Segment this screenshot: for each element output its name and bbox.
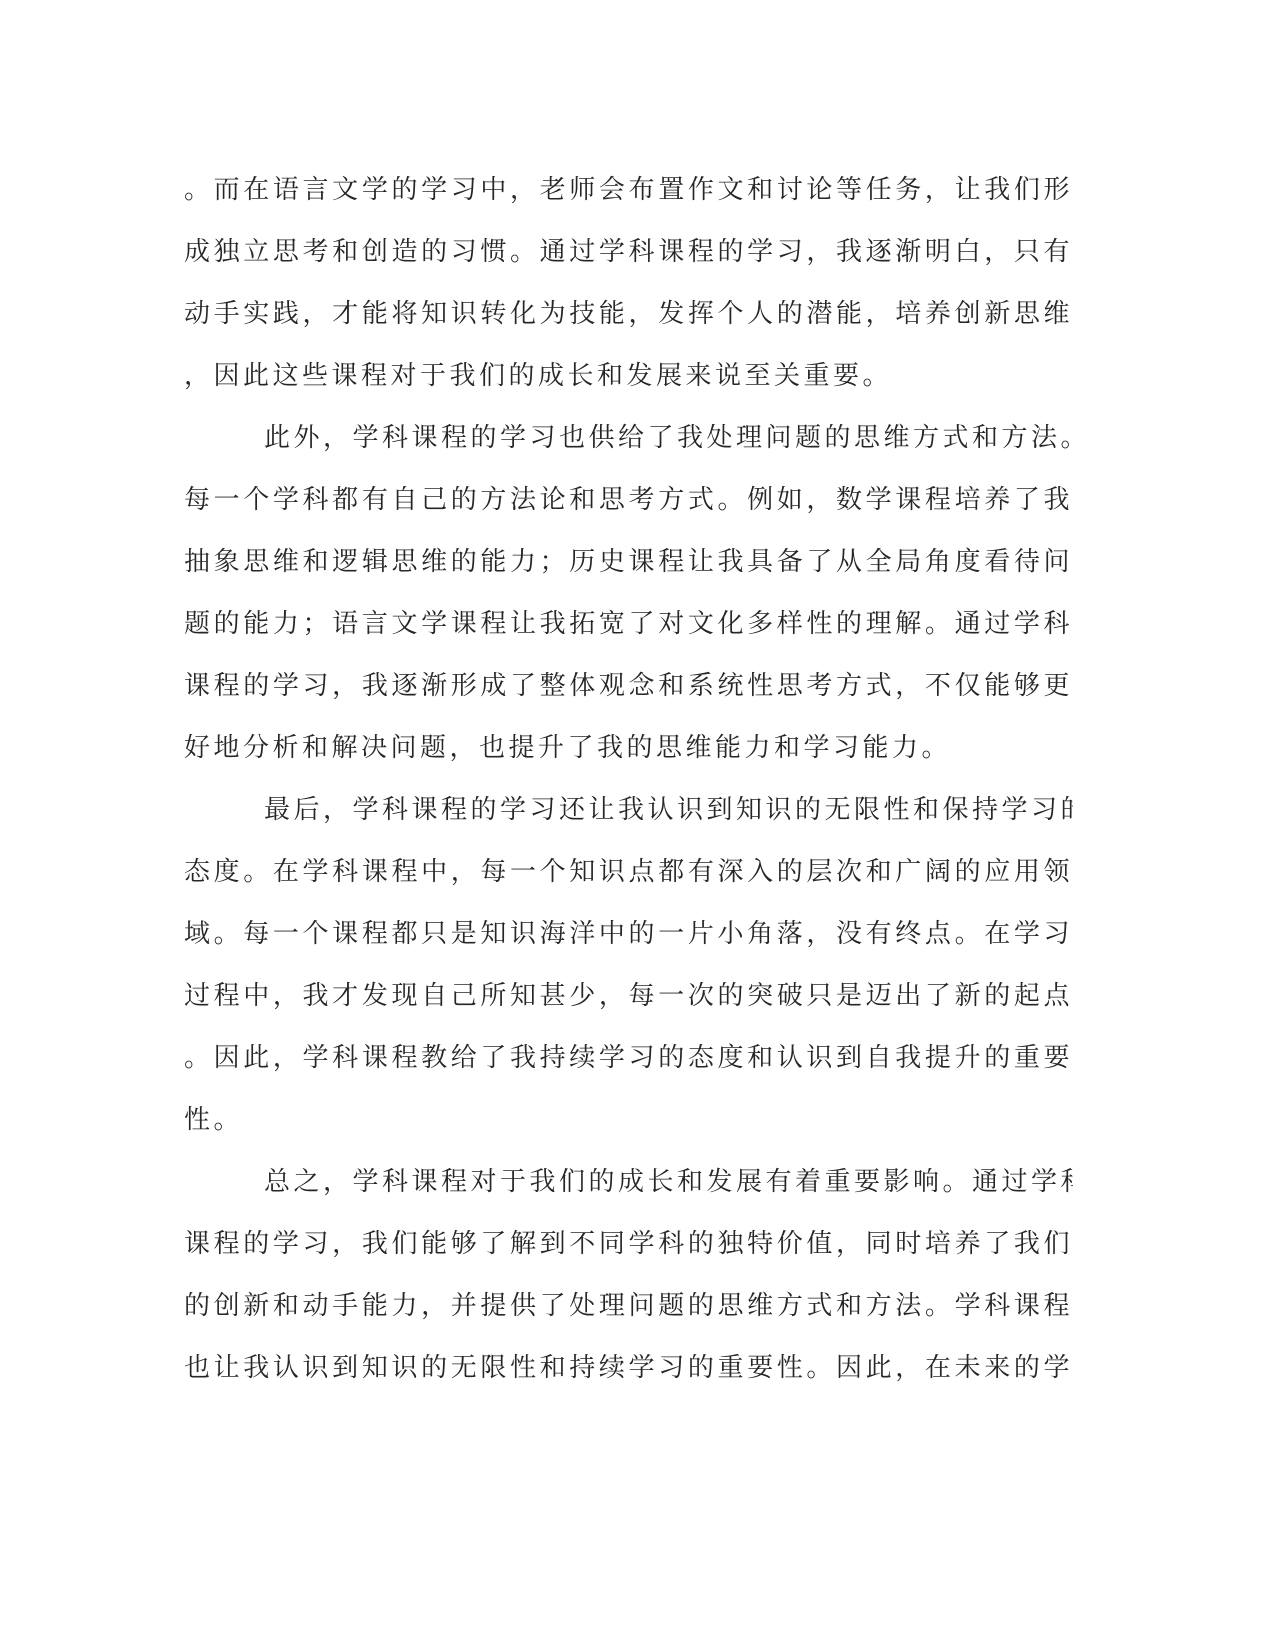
document-text-block: 。而在语言文学的学习中，老师会布置作文和讨论等任务，让我们形 成独立思考和创造的… bbox=[184, 159, 1073, 1399]
text-line: 成独立思考和创造的习惯。通过学科课程的学习，我逐渐明白，只有 bbox=[184, 221, 1073, 283]
text-line: 每一个学科都有自己的方法论和思考方式。例如，数学课程培养了我 bbox=[184, 469, 1073, 531]
paragraph: 此外，学科课程的学习也供给了我处理问题的思维方式和方法。 每一个学科都有自己的方… bbox=[184, 407, 1073, 779]
text-line: 。而在语言文学的学习中，老师会布置作文和讨论等任务，让我们形 bbox=[184, 159, 1073, 221]
text-line: 过程中，我才发现自己所知甚少，每一次的突破只是迈出了新的起点 bbox=[184, 965, 1073, 1027]
text-line: ，因此这些课程对于我们的成长和发展来说至关重要。 bbox=[184, 345, 1073, 407]
paragraph: 总之，学科课程对于我们的成长和发展有着重要影响。通过学科 课程的学习，我们能够了… bbox=[184, 1151, 1073, 1399]
paragraph: 最后，学科课程的学习还让我认识到知识的无限性和保持学习的 态度。在学科课程中，每… bbox=[184, 779, 1073, 1151]
text-line: 好地分析和解决问题，也提升了我的思维能力和学习能力。 bbox=[184, 717, 1073, 779]
text-line: 课程的学习，我们能够了解到不同学科的独特价值，同时培养了我们 bbox=[184, 1213, 1073, 1275]
text-line: 题的能力；语言文学课程让我拓宽了对文化多样性的理解。通过学科 bbox=[184, 593, 1073, 655]
text-line: 态度。在学科课程中，每一个知识点都有深入的层次和广阔的应用领 bbox=[184, 841, 1073, 903]
text-line: 也让我认识到知识的无限性和持续学习的重要性。因此，在未来的学 bbox=[184, 1337, 1073, 1399]
text-line: 域。每一个课程都只是知识海洋中的一片小角落，没有终点。在学习 bbox=[184, 903, 1073, 965]
text-line: 的创新和动手能力，并提供了处理问题的思维方式和方法。学科课程 bbox=[184, 1275, 1073, 1337]
text-line: 。因此，学科课程教给了我持续学习的态度和认识到自我提升的重要 bbox=[184, 1027, 1073, 1089]
text-line: 性。 bbox=[184, 1089, 1073, 1151]
text-line: 最后，学科课程的学习还让我认识到知识的无限性和保持学习的 bbox=[184, 779, 1073, 841]
document-page: 。而在语言文学的学习中，老师会布置作文和讨论等任务，让我们形 成独立思考和创造的… bbox=[0, 0, 1275, 1650]
text-line: 抽象思维和逻辑思维的能力；历史课程让我具备了从全局角度看待问 bbox=[184, 531, 1073, 593]
text-line: 课程的学习，我逐渐形成了整体观念和系统性思考方式，不仅能够更 bbox=[184, 655, 1073, 717]
text-line: 总之，学科课程对于我们的成长和发展有着重要影响。通过学科 bbox=[184, 1151, 1073, 1213]
text-line: 此外，学科课程的学习也供给了我处理问题的思维方式和方法。 bbox=[184, 407, 1073, 469]
text-line: 动手实践，才能将知识转化为技能，发挥个人的潜能，培养创新思维 bbox=[184, 283, 1073, 345]
paragraph: 。而在语言文学的学习中，老师会布置作文和讨论等任务，让我们形 成独立思考和创造的… bbox=[184, 159, 1073, 407]
